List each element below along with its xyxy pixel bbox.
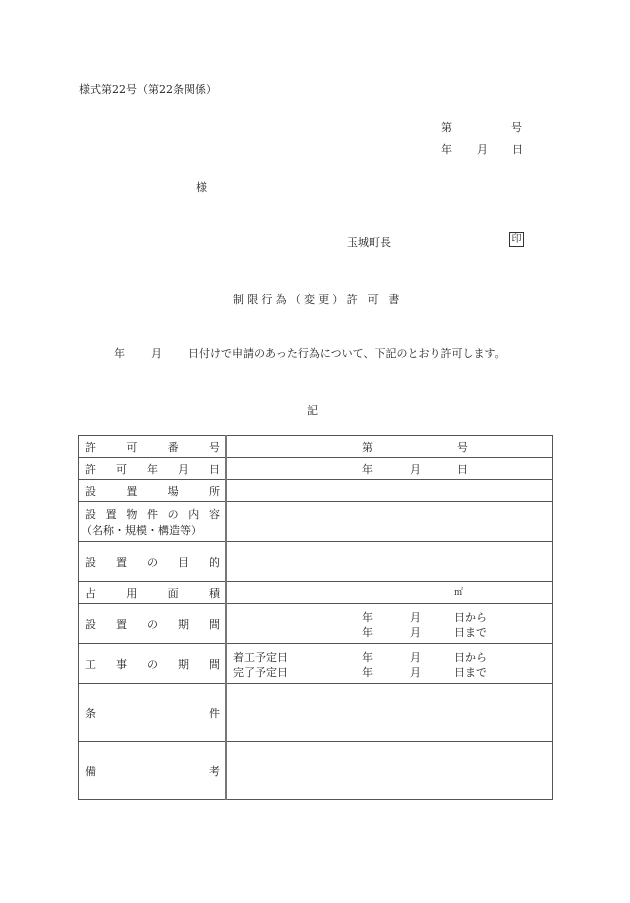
header-day: 日: [512, 141, 523, 157]
table-row-permit-date: 許可年月日 年月日: [79, 458, 553, 480]
label-object-content: 設置物件の内容 （名称・規模・構造等）: [79, 502, 227, 542]
table-row-conditions: 条件: [79, 684, 553, 742]
table-row-area: 占用面積 ㎡: [79, 582, 553, 604]
value-remarks[interactable]: [226, 742, 553, 800]
table-row-object-content: 設置物件の内容 （名称・規模・構造等）: [79, 502, 553, 542]
table-row-purpose: 設置の目的: [79, 542, 553, 582]
table-row-permit-number: 許可番号 第号: [79, 436, 553, 458]
header-number-prefix: 第: [441, 119, 452, 135]
label-location: 設置場所: [79, 480, 227, 502]
label-object-content-sub: （名称・規模・構造等）: [81, 522, 220, 538]
value-area[interactable]: ㎡: [226, 582, 553, 604]
addressee-suffix: 様: [196, 179, 207, 195]
header-month: 月: [477, 141, 488, 157]
table-row-installation-period: 設置の期間 年月日から 年月日まで: [79, 604, 553, 644]
header-year: 年: [441, 141, 452, 157]
issuer-name: 玉城町長: [347, 234, 391, 250]
value-installation-period[interactable]: 年月日から 年月日まで: [226, 604, 553, 644]
label-permit-number: 許可番号: [79, 436, 227, 458]
value-conditions[interactable]: [226, 684, 553, 742]
form-number: 様式第22号（第22条関係）: [79, 81, 217, 97]
label-conditions: 条件: [79, 684, 227, 742]
value-permit-number[interactable]: 第号: [226, 436, 553, 458]
label-purpose: 設置の目的: [79, 542, 227, 582]
header-number-suffix: 号: [511, 119, 522, 135]
label-construction-period: 工事の期間: [79, 644, 227, 684]
value-permit-date[interactable]: 年月日: [226, 458, 553, 480]
body-year: 年: [114, 345, 125, 361]
seal-box: 印: [509, 232, 524, 247]
table-row-remarks: 備考: [79, 742, 553, 800]
table-row-location: 設置場所: [79, 480, 553, 502]
ki-heading: 記: [307, 402, 318, 418]
value-object-content[interactable]: [226, 502, 553, 542]
permit-table: 許可番号 第号 許可年月日 年月日 設置場所 設置物件の内容 （名称・規: [78, 435, 553, 800]
value-construction-period[interactable]: 着工予定日年月日から 完了予定日年月日まで: [226, 644, 553, 684]
body-month: 月: [151, 345, 162, 361]
label-installation-period: 設置の期間: [79, 604, 227, 644]
label-remarks: 備考: [79, 742, 227, 800]
value-purpose[interactable]: [226, 542, 553, 582]
table-row-construction-period: 工事の期間 着工予定日年月日から 完了予定日年月日まで: [79, 644, 553, 684]
label-area: 占用面積: [79, 582, 227, 604]
body-sentence: 日付けで申請のあった行為について、下記のとおり許可します。: [188, 345, 506, 361]
label-permit-date: 許可年月日: [79, 458, 227, 480]
body-text: 年月日付けで申請のあった行為について、下記のとおり許可します。: [114, 345, 506, 361]
document-title: 制限行為（変更）許 可 書: [233, 291, 403, 307]
area-unit: ㎡: [454, 585, 463, 598]
value-location[interactable]: [226, 480, 553, 502]
